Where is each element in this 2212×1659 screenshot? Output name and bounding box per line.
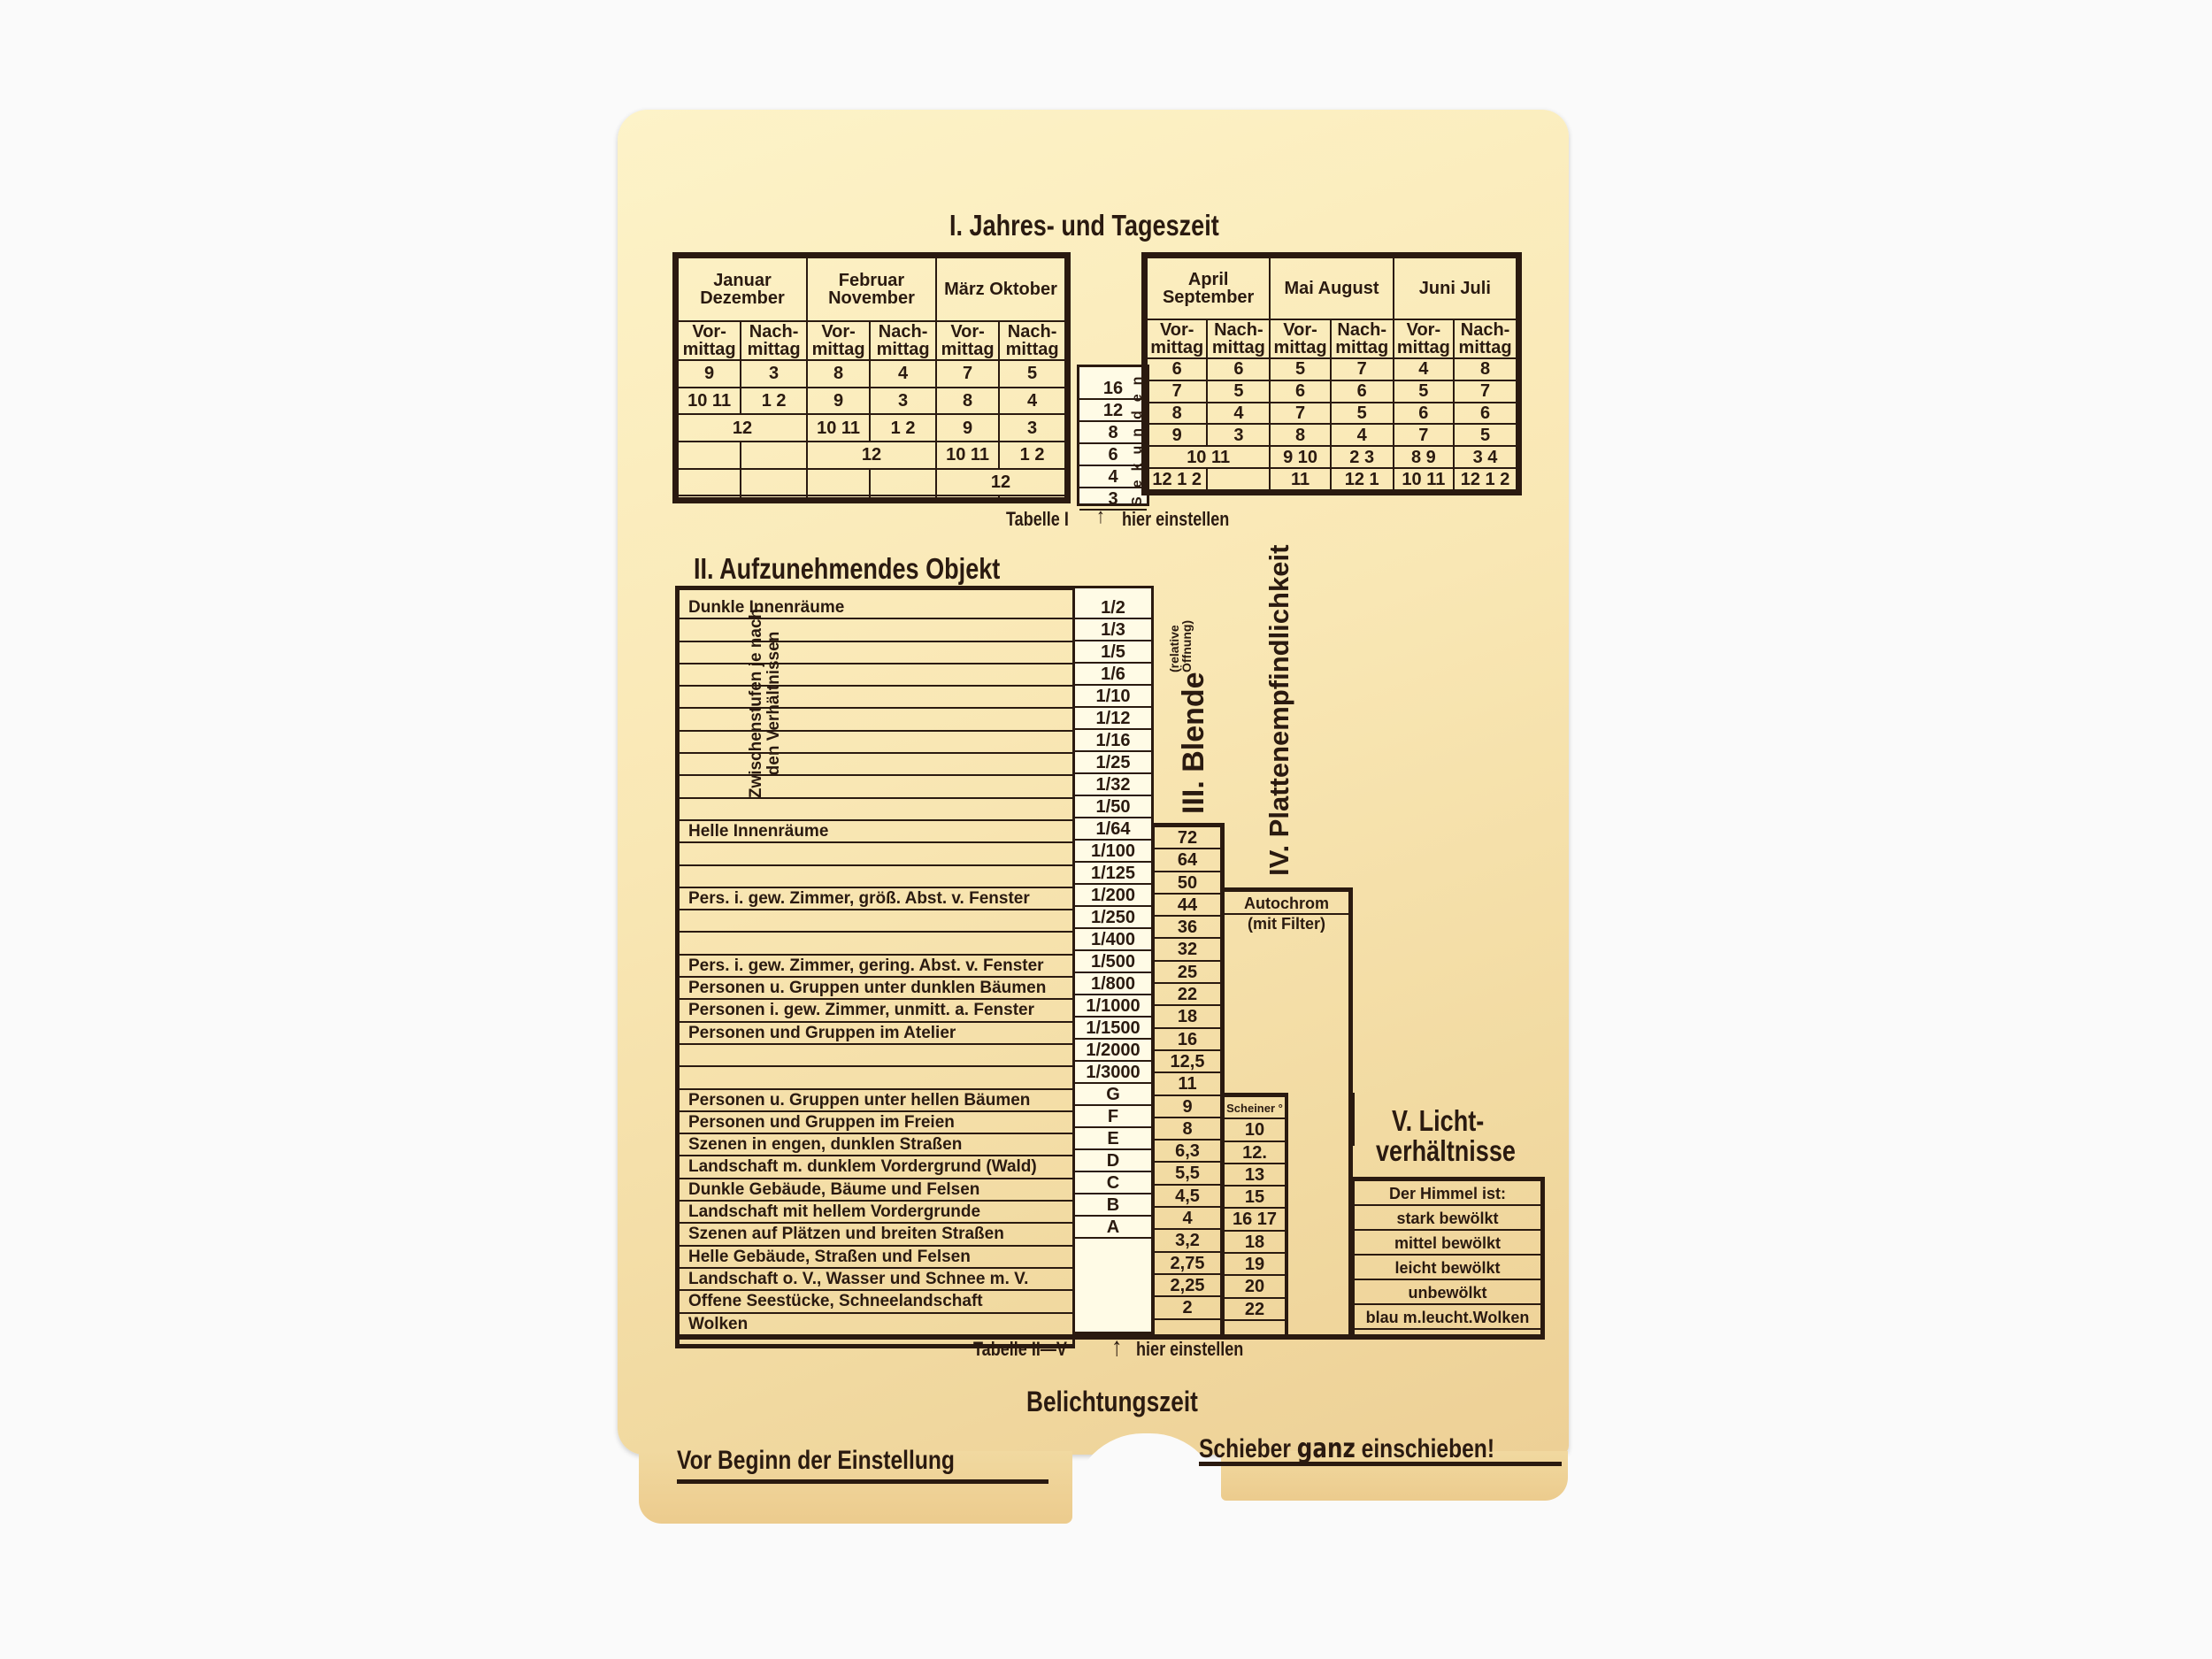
time-cell: 5 [1394, 380, 1454, 403]
aperture-value: 4 [1155, 1208, 1220, 1230]
time-cell: 4 [870, 360, 936, 388]
time-cell: 7 [936, 360, 999, 388]
exposure-time-value: 1/125 [1075, 863, 1151, 885]
time-cell: 6 [1331, 380, 1394, 403]
scheiner-value: 10 [1225, 1119, 1285, 1141]
exposure-time-value: 1/1000 [1075, 995, 1151, 1018]
object-row: Landschaft o. V., Wasser und Schnee m. V… [680, 1269, 1072, 1291]
underline [677, 1479, 1048, 1484]
exposure-time-value: 1/3 [1075, 619, 1151, 641]
table5-title-line2: verhältnisse [1376, 1134, 1516, 1168]
time-cell: 5 [1270, 358, 1330, 380]
table3-subtitle: (relative Öffnung) [1168, 602, 1193, 672]
time-cell: 12 [678, 414, 807, 442]
time-cell: 4 [1207, 403, 1270, 425]
exposure-time-value: 1/2 [1075, 597, 1151, 619]
object-row: Landschaft m. dunklem Vordergrund (Wald) [680, 1156, 1072, 1179]
time-cell: 1 2 [870, 414, 936, 442]
sky-condition: blau m.leucht.Wolken [1355, 1305, 1540, 1330]
scheiner-value: 13 [1225, 1164, 1285, 1187]
time-cell: 8 9 [1394, 446, 1454, 468]
time-cell: 8 [1270, 424, 1330, 446]
time-cell: 3 [870, 388, 936, 415]
aperture-value: 50 [1155, 872, 1220, 895]
instruction-right-bold: ganz [1297, 1433, 1356, 1464]
arrow-up-icon: ↑ [1096, 504, 1105, 529]
aperture-value: 4,5 [1155, 1186, 1220, 1208]
table1-left: Januar Dezember Februar November März Ok… [672, 252, 1071, 503]
underline [1199, 1462, 1562, 1466]
object-row [680, 933, 1072, 955]
time-cell: 6 [1394, 403, 1454, 425]
aperture-value: 2,75 [1155, 1253, 1220, 1275]
aperture-value: 11 [1155, 1073, 1220, 1095]
aperture-value: 18 [1155, 1006, 1220, 1028]
exposure-time-value: 1/100 [1075, 841, 1151, 863]
object-row: Dunkle Innenräume [680, 597, 1072, 619]
sky-conditions: Der Himmel ist:stark bewölktmittel bewöl… [1350, 1177, 1545, 1334]
object-row [680, 642, 1072, 664]
object-list: Dunkle InnenräumeHelle InnenräumePers. i… [675, 586, 1075, 1348]
time-cell: 5 [999, 360, 1065, 388]
divider [1350, 1093, 1355, 1146]
aperture-value: 36 [1155, 917, 1220, 939]
object-row: Offene Seestücke, Schneelandschaft [680, 1291, 1072, 1313]
time-cell: 5 [1331, 403, 1394, 425]
exposure-time-value: 1/400 [1075, 929, 1151, 951]
object-row: Dunkle Gebäude, Bäume und Felsen [680, 1179, 1072, 1202]
table3-title: III. Blende [1177, 672, 1211, 814]
scheiner-value: 18 [1225, 1232, 1285, 1254]
time-cell: 6 [1270, 380, 1330, 403]
object-row [680, 799, 1072, 821]
time-cell: 4 [999, 388, 1065, 415]
time-cell: 6 [1207, 358, 1270, 380]
exposure-time-value: D [1075, 1150, 1151, 1172]
scheiner-value: 16 17 [1225, 1209, 1285, 1231]
exposure-time-value: 1/64 [1075, 818, 1151, 841]
time-cell: 9 [807, 388, 870, 415]
exposure-time-value: 1/200 [1075, 885, 1151, 907]
month-header: Juni Juli [1394, 257, 1517, 319]
aperture-column: 7264504436322522181612,511986,35,54,543,… [1152, 823, 1225, 1334]
table-bottom-rule [675, 1334, 1545, 1340]
sky-header: Der Himmel ist: [1355, 1181, 1540, 1206]
aperture-value: 72 [1155, 827, 1220, 849]
instruction-left: Vor Beginn der Einstellung [677, 1446, 955, 1476]
aperture-value: 9 [1155, 1096, 1220, 1118]
instruction-right-post: einschieben! [1362, 1434, 1494, 1463]
time-cell: 10 11 [1147, 446, 1270, 468]
object-row [680, 664, 1072, 687]
aperture-value: 2 [1155, 1297, 1220, 1319]
table1-title: I. Jahres- und Tageszeit [949, 209, 1219, 242]
object-row [680, 910, 1072, 933]
object-row: Szenen auf Plätzen und breiten Straßen [680, 1224, 1072, 1246]
table1-hint-right: hier einstellen [1122, 508, 1229, 531]
vormittag-header: Vor- mittag [936, 321, 999, 360]
object-row [680, 619, 1072, 641]
exposure-time-value: 1/10 [1075, 686, 1151, 708]
exposure-time-value: 1/5 [1075, 641, 1151, 664]
object-row: Personen u. Gruppen unter dunklen Bäumen [680, 978, 1072, 1000]
month-header: April September [1147, 257, 1270, 319]
exposure-slider-window[interactable]: 1/21/31/51/61/101/121/161/251/321/501/64… [1072, 586, 1154, 1334]
object-row [680, 866, 1072, 888]
exposure-time-value: 1/12 [1075, 708, 1151, 730]
time-cell: 8 [936, 388, 999, 415]
nachmittag-header: Nach- mittag [741, 321, 807, 360]
time-cell: 8 [1147, 403, 1207, 425]
nachmittag-header: Nach- mittag [1331, 319, 1394, 358]
exposure-time-value: 1/800 [1075, 973, 1151, 995]
time-cell: 7 [1331, 358, 1394, 380]
scheiner-header: Scheiner ° [1225, 1097, 1285, 1119]
exposure-time-value: E [1075, 1128, 1151, 1150]
table2-title: II. Aufzunehmendes Objekt [694, 552, 1000, 586]
vormittag-header: Vor- mittag [1394, 319, 1454, 358]
time-cell: 2 3 [1331, 446, 1394, 468]
time-cell: 9 [678, 360, 741, 388]
time-cell: 3 [1207, 424, 1270, 446]
aperture-value: 5,5 [1155, 1163, 1220, 1185]
table1-right: April September Mai August Juni Juli Vor… [1141, 252, 1522, 495]
exposure-time-value: 1/50 [1075, 796, 1151, 818]
time-cell: 7 [1454, 380, 1517, 403]
time-cell: 12 1 2 [1147, 468, 1207, 490]
vormittag-header: Vor- mittag [1270, 319, 1330, 358]
object-row [680, 843, 1072, 865]
time-cell: 5 [1207, 380, 1270, 403]
object-row: Pers. i. gew. Zimmer, gering. Abst. v. F… [680, 956, 1072, 978]
time-cell: 12 [807, 442, 936, 469]
time-cell: 10 11 [678, 388, 741, 415]
object-row: Personen und Gruppen im Atelier [680, 1023, 1072, 1045]
aperture-value: 32 [1155, 939, 1220, 961]
time-cell: 9 [936, 414, 999, 442]
scheiner-value: 22 [1225, 1299, 1285, 1321]
exposure-time-value: A [1075, 1217, 1151, 1239]
time-cell: 10 11 [807, 414, 870, 442]
object-row: Szenen in engen, dunklen Straßen [680, 1134, 1072, 1156]
scheiner-value: 12. [1225, 1142, 1285, 1164]
sky-condition: mittel bewölkt [1355, 1231, 1540, 1256]
object-row: Personen i. gew. Zimmer, unmitt. a. Fens… [680, 1000, 1072, 1022]
exposure-time-value: 1/32 [1075, 774, 1151, 796]
arrow-up-icon: ↑ [1111, 1333, 1122, 1363]
nachmittag-header: Nach- mittag [1207, 319, 1270, 358]
scheiner-value: 20 [1225, 1276, 1285, 1298]
time-cell: 6 [1147, 358, 1207, 380]
vormittag-header: Vor- mittag [678, 321, 741, 360]
time-cell: 3 [741, 360, 807, 388]
object-row [680, 732, 1072, 754]
time-cell: 3 4 [1454, 446, 1517, 468]
object-row: Personen u. Gruppen unter hellen Bäumen [680, 1090, 1072, 1112]
object-row [680, 754, 1072, 776]
exposure-time-value: 1/1500 [1075, 1018, 1151, 1040]
aperture-value: 44 [1155, 895, 1220, 917]
aperture-value: 22 [1155, 984, 1220, 1006]
vormittag-header: Vor- mittag [1147, 319, 1207, 358]
exposure-time-value: B [1075, 1194, 1151, 1217]
exposure-time-value: 1/16 [1075, 730, 1151, 752]
scheiner-value: 15 [1225, 1187, 1285, 1209]
object-row: Pers. i. gew. Zimmer, größ. Abst. v. Fen… [680, 888, 1072, 910]
scheiner-column: Scheiner °1012.131516 1718192022 [1225, 1093, 1288, 1334]
time-cell: 11 [1270, 468, 1330, 490]
time-cell: 9 10 [1270, 446, 1330, 468]
time-cell: 7 [1394, 424, 1454, 446]
table2-5-hint-right: hier einstellen [1136, 1338, 1243, 1361]
autochrom-label: Autochrom [1225, 892, 1348, 915]
nachmittag-header: Nach- mittag [870, 321, 936, 360]
exposure-time-value: 1/25 [1075, 752, 1151, 774]
month-header: Februar November [807, 257, 936, 321]
table2-5-hint-left: Tabelle II—V [973, 1338, 1067, 1361]
month-header: März Oktober [936, 257, 1065, 321]
sky-condition: stark bewölkt [1355, 1206, 1540, 1231]
object-row: Landschaft mit hellem Vordergrunde [680, 1202, 1072, 1224]
object-row: Personen und Gruppen im Freien [680, 1112, 1072, 1134]
scheiner-value: 19 [1225, 1254, 1285, 1276]
time-cell: 7 [1270, 403, 1330, 425]
nachmittag-header: Nach- mittag [999, 321, 1065, 360]
time-cell: 3 [999, 414, 1065, 442]
object-row: Helle Gebäude, Straßen und Felsen [680, 1247, 1072, 1269]
sky-condition: leicht bewölkt [1355, 1256, 1540, 1280]
time-cell: 1 2 [999, 442, 1065, 469]
month-header: Januar Dezember [678, 257, 807, 321]
side-note: Zwischenstufen je nach den Verhältnissen [748, 606, 783, 801]
exposure-time-value: G [1075, 1084, 1151, 1106]
exposure-time-value: 1/500 [1075, 951, 1151, 973]
aperture-value: 12,5 [1155, 1051, 1220, 1073]
nachmittag-header: Nach- mittag [1454, 319, 1517, 358]
object-row [680, 1067, 1072, 1089]
time-cell: 9 [1147, 424, 1207, 446]
instruction-right: Schieber ganz einschieben! [1199, 1433, 1494, 1464]
time-cell: 6 [1454, 403, 1517, 425]
object-row [680, 687, 1072, 709]
month-header: Mai August [1270, 257, 1393, 319]
table4-title: IV. Plattenempfindlichkeit [1263, 545, 1295, 876]
exposure-time-value: 1/2000 [1075, 1040, 1151, 1062]
object-row: Wolken [680, 1314, 1072, 1336]
time-cell: 7 [1147, 380, 1207, 403]
exposure-time-value: 1/6 [1075, 664, 1151, 686]
instruction-right-pre: Schieber [1199, 1434, 1291, 1463]
vormittag-header: Vor- mittag [807, 321, 870, 360]
table5-title-line1: V. Licht- [1392, 1104, 1484, 1138]
aperture-value: 8 [1155, 1118, 1220, 1141]
exposure-time-value: 1/3000 [1075, 1062, 1151, 1084]
aperture-value: 25 [1155, 962, 1220, 984]
time-cell: 1 2 [741, 388, 807, 415]
table1-hint-left: Tabelle I [1006, 508, 1069, 531]
exposure-time-label: Belichtungszeit [1026, 1386, 1198, 1418]
aperture-value: 2,25 [1155, 1275, 1220, 1297]
time-cell: 12 1 2 [1454, 468, 1517, 490]
time-cell: 12 1 [1331, 468, 1394, 490]
time-cell: 4 [1331, 424, 1394, 446]
time-cell: 8 [1454, 358, 1517, 380]
time-cell: 12 [936, 469, 1065, 496]
exposure-time-value: C [1075, 1172, 1151, 1194]
time-cell: 8 [807, 360, 870, 388]
object-row [680, 709, 1072, 731]
time-cell: 4 [1394, 358, 1454, 380]
object-row: Helle Innenräume [680, 821, 1072, 843]
object-row [680, 1045, 1072, 1067]
object-row [680, 776, 1072, 798]
autochrom-note: (mit Filter) [1225, 915, 1348, 933]
time-cell: 10 11 [936, 442, 999, 469]
aperture-value: 64 [1155, 849, 1220, 872]
time-cell: 10 11 [1394, 468, 1454, 490]
aperture-value: 6,3 [1155, 1141, 1220, 1163]
exposure-time-value: F [1075, 1106, 1151, 1128]
time-cell: 5 [1454, 424, 1517, 446]
aperture-value: 3,2 [1155, 1230, 1220, 1252]
exposure-time-value: 1/250 [1075, 907, 1151, 929]
sky-condition: unbewölkt [1355, 1280, 1540, 1305]
aperture-value: 16 [1155, 1029, 1220, 1051]
